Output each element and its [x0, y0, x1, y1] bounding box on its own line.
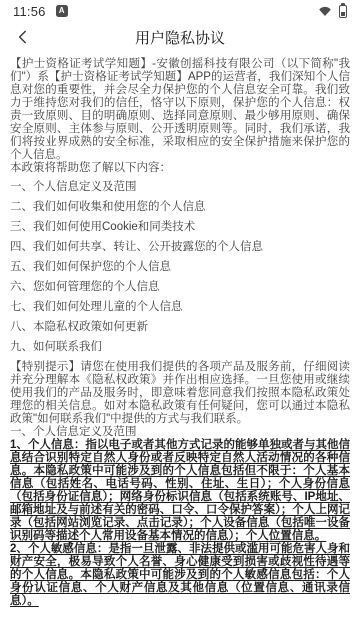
intro-paragraph: 【护士资格证考试学知题】-安徽创摇科技有限公司（以下简称"我们"）系【护士资格证…	[10, 58, 350, 162]
battery-level	[341, 12, 345, 16]
wifi-icon	[318, 5, 332, 17]
toc-item: 二、我们如何收集和使用您的个人信息	[10, 201, 350, 214]
toc-item: 九、如何联系我们	[10, 341, 350, 354]
toc-item: 一、个人信息定义及范围	[10, 181, 350, 194]
toc-list: 一、个人信息定义及范围 二、我们如何收集和使用您的个人信息 三、我们如何使用Co…	[10, 181, 350, 354]
toc-intro: 本政策将帮助您了解以下内容：	[10, 162, 350, 175]
privacy-policy-screen: 11:56 A 用户隐私协议 【护士资格证考试学知题】-安徽创摇科技有限公司（以…	[0, 0, 360, 640]
special-note-paragraph: 【特别提示】请您在使用我们提供的各项产品及服务前，仔细阅读并充分理解本《隐私权政…	[10, 361, 350, 426]
app-notification-badge-icon: A	[56, 5, 68, 17]
back-button[interactable]	[6, 22, 40, 52]
toc-item: 五、我们如何保护您的个人信息	[10, 261, 350, 274]
personal-info-definition-paragraph: 1、个人信息：指以电子或者其他方式记录的能够单独或者与其他信息结合识别特定自然人…	[10, 439, 350, 543]
page-title: 用户隐私协议	[0, 27, 360, 48]
chevron-left-icon	[14, 28, 32, 46]
policy-content-scroll[interactable]: 【护士资格证考试学知题】-安徽创摇科技有限公司（以下简称"我们"）系【护士资格证…	[0, 52, 360, 608]
header: 用户隐私协议	[0, 22, 360, 52]
toc-item: 七、我们如何处理儿童的个人信息	[10, 301, 350, 314]
toc-item: 六、您如何管理您的个人信息	[10, 281, 350, 294]
status-bar: 11:56 A	[0, 0, 360, 22]
clock: 11:56	[13, 4, 46, 19]
battery-icon	[339, 5, 347, 18]
toc-item: 三、我们如何使用Cookie和同类技术	[10, 221, 350, 234]
section1-heading: 一、个人信息定义及范围	[10, 426, 350, 439]
sensitive-info-definition-paragraph: 2、个人敏感信息：是指一旦泄露、非法提供或滥用可能危害人身和财产安全，极易导致个…	[10, 543, 350, 608]
toc-item: 八、本隐私权政策如何更新	[10, 321, 350, 334]
toc-item: 四、我们如何共享、转让、公开披露您的个人信息	[10, 241, 350, 254]
